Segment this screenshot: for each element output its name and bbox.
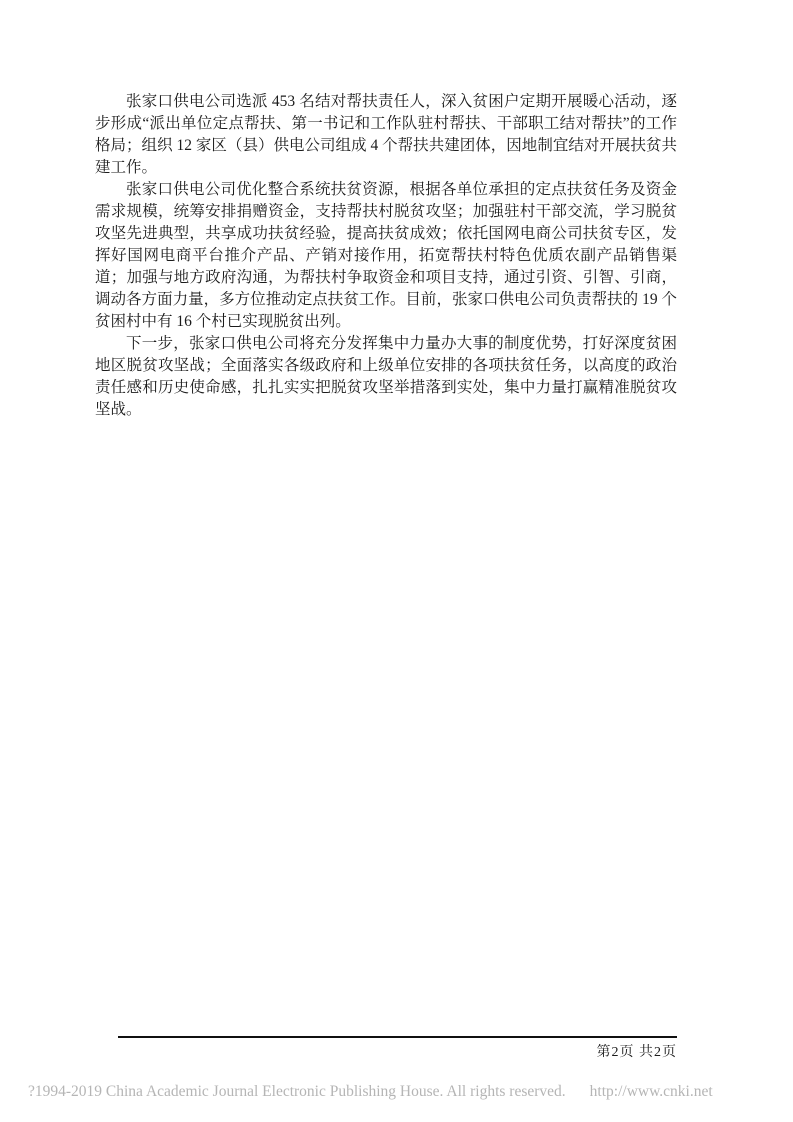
paragraph-2: 张家口供电公司优化整合系统扶贫资源，根据各单位承担的定点扶贫任务及资金需求规模，…: [95, 179, 677, 333]
footer-divider: [118, 1036, 677, 1038]
page-number: 第2页 共2页: [597, 1041, 678, 1061]
paragraph-1: 张家口供电公司选派 453 名结对帮扶责任人，深入贫困户定期开展暖心活动，逐步形…: [95, 91, 677, 179]
article-body: 张家口供电公司选派 453 名结对帮扶责任人，深入贫困户定期开展暖心活动，逐步形…: [95, 91, 677, 421]
document-page: 张家口供电公司选派 453 名结对帮扶责任人，深入贫困户定期开展暖心活动，逐步形…: [0, 0, 793, 1122]
copyright-text: ?1994-2019 China Academic Journal Electr…: [28, 1083, 566, 1100]
paragraph-3: 下一步，张家口供电公司将充分发挥集中力量办大事的制度优势，打好深度贫困地区脱贫攻…: [95, 333, 677, 421]
cnki-url: http://www.cnki.net: [590, 1083, 713, 1100]
copyright-notice: ?1994-2019 China Academic Journal Electr…: [28, 1083, 713, 1101]
